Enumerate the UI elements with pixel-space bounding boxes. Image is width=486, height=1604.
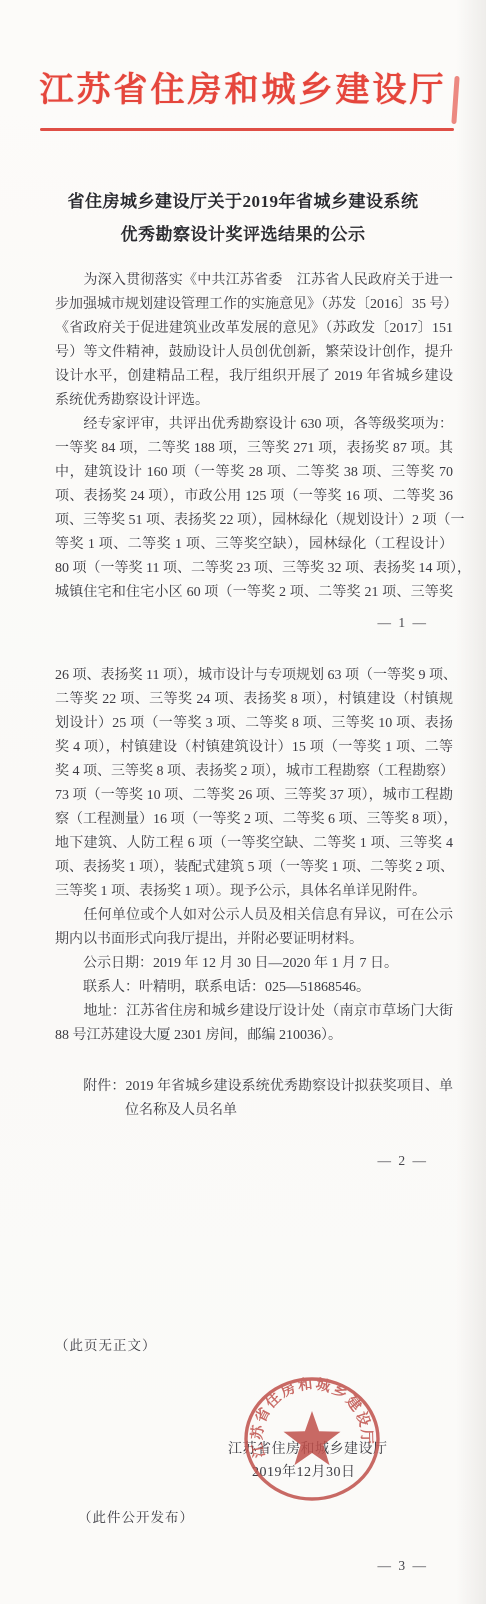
text-line: 城镇住宅和住宅小区 60 项（一等奖 2 项、二等奖 21 项、三等奖 — [55, 581, 453, 605]
text-line: 项、表扬奖 24 项），市政公用 125 项（一等奖 16 项、二等奖 36 — [55, 485, 453, 509]
text-line: 公示日期：2019 年 12 月 30 日—2020 年 1 月 7 日。 — [55, 952, 453, 976]
text-line: 中，建筑设计 160 项（一等奖 28 项、二等奖 38 项、三等奖 70 — [55, 461, 453, 485]
text-line: 位名称及人员名单 — [55, 1099, 453, 1123]
letterhead-rule — [40, 128, 454, 131]
page-number-3: — 3 — — [378, 1558, 429, 1574]
text-line: 二等奖 22 项、三等奖 24 项、表扬奖 8 项），村镇建设（村镇规 — [55, 688, 453, 712]
text-line: 26 项、表扬奖 11 项），城市设计与专项规划 63 项（一等奖 9 项、 — [55, 664, 453, 688]
text-line: 系统优秀勘察设计评选。 — [55, 389, 453, 413]
document-page: 江苏省住房和城乡建设厅 省住房城乡建设厅关于2019年省城乡建设系统 优秀勘察设… — [0, 0, 486, 1604]
no-text-note: （此页无正文） — [55, 1334, 157, 1354]
text-line: 《省政府关于促进建筑业改革发展的意见》（苏政发〔2017〕151 — [55, 317, 453, 341]
text-line: 步加强城市规划建设管理工作的实施意见》（苏发〔2016〕35 号） — [55, 293, 453, 317]
page-number-2: — 2 — — [378, 1153, 429, 1169]
text-line: 设计水平，创建精品工程，我厅组织开展了 2019 年省城乡建设 — [55, 365, 453, 389]
text-line: 任何单位或个人如对公示人员及相关信息有异议，可在公示 — [55, 904, 453, 928]
star-icon — [284, 1411, 341, 1465]
text-line: 三等奖 1 项、表扬奖 1 项）。现予公示，具体名单详见附件。 — [55, 880, 453, 904]
text-line: 联系人：叶精明，联系电话：025—51868546。 — [55, 976, 453, 1000]
letterhead-org-name: 江苏省住房和城乡建设厅 — [0, 62, 486, 111]
text-line: 73 项（一等奖 10 项、二等奖 26 项、三等奖 37 项），城市工程勘 — [55, 784, 453, 808]
text-line: 80 项（一等奖 11 项、二等奖 23 项、三等奖 32 项、表扬奖 14 项… — [55, 557, 453, 581]
text-line: 附件：2019 年省城乡建设系统优秀勘察设计拟获奖项目、单 — [55, 1075, 453, 1099]
body-text-page1: 为深入贯彻落实《中共江苏省委 江苏省人民政府关于进一步加强城市规划建设管理工作的… — [55, 269, 453, 605]
document-title: 省住房城乡建设厅关于2019年省城乡建设系统 优秀勘察设计奖评选结果的公示 — [0, 185, 486, 251]
text-line: 经专家评审，共评出优秀勘察设计 630 项，各等级奖项为： — [55, 413, 453, 437]
official-seal: 江苏省住房和城乡建设厅 — [242, 1375, 382, 1503]
document-title-line1: 省住房城乡建设厅关于2019年省城乡建设系统 — [0, 185, 486, 218]
page-number-1: — 1 — — [378, 615, 429, 631]
text-line: 奖 4 项、三等奖 8 项、表扬奖 2 项），城市工程勘察（工程勘察） — [55, 760, 453, 784]
text-line: 察（工程测量）16 项（一等奖 2 项、二等奖 6 项、三等奖 8 项）， — [55, 808, 453, 832]
text-line: 划设计）25 项（一等奖 3 项、二等奖 8 项、三等奖 10 项、表扬 — [55, 712, 453, 736]
text-line: 地下建筑、人防工程 6 项（一等奖空缺、二等奖 1 项、三等奖 4 — [55, 832, 453, 856]
text-line: 期内以书面形式向我厅提出，并附必要证明材料。 — [55, 928, 453, 952]
text-line: 为深入贯彻落实《中共江苏省委 江苏省人民政府关于进一 — [55, 269, 453, 293]
text-line: 号）等文件精神，鼓励设计人员创优创新，繁荣设计创作，提升 — [55, 341, 453, 365]
text-line: 项、表扬奖 1 项），装配式建筑 5 项（一等奖 1 项、二等奖 2 项、 — [55, 856, 453, 880]
text-line: 一等奖 84 项，二等奖 188 项，三等奖 271 项，表扬奖 87 项。其 — [55, 437, 453, 461]
text-line: 项、三等奖 51 项、表扬奖 22 项），园林绿化（规划设计）2 项（一 — [55, 509, 453, 533]
document-title-line2: 优秀勘察设计奖评选结果的公示 — [0, 218, 486, 251]
attachment-note: 附件：2019 年省城乡建设系统优秀勘察设计拟获奖项目、单 位名称及人员名单 — [55, 1075, 453, 1123]
public-release-note: （此件公开发布） — [78, 1506, 194, 1526]
text-line: 88 号江苏建设大厦 2301 房间，邮编 210036）。 — [55, 1024, 453, 1048]
text-line: 等奖 1 项、二等奖 1 项、三等奖空缺），园林绿化（工程设计） — [55, 533, 453, 557]
text-line: 地址：江苏省住房和城乡建设厅设计处（南京市草场门大街 — [55, 1000, 453, 1024]
text-line: 奖 4 项），村镇建设（村镇建筑设计）15 项（一等奖 1 项、二等 — [55, 736, 453, 760]
body-text-page2: 26 项、表扬奖 11 项），城市设计与专项规划 63 项（一等奖 9 项、二等… — [55, 664, 453, 1048]
